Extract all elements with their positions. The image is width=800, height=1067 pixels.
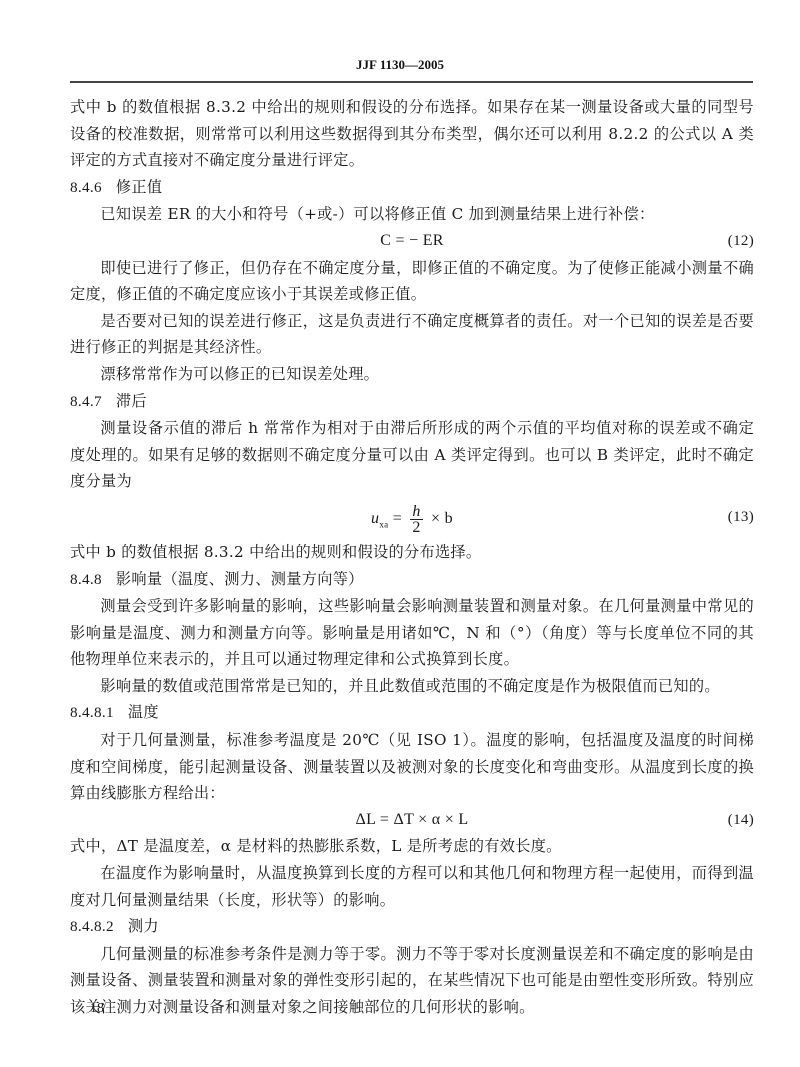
fraction-numerator: h [410,504,422,520]
paragraph: 漂移常常作为可以修正的已知误差处理。 [70,361,754,388]
section-heading-8-4-8: 8.4.8影响量（温度、测力、测量方向等） [70,566,754,594]
section-number: 8.4.7 [70,389,102,416]
section-heading-8-4-8-1: 8.4.8.1温度 [70,699,754,727]
section-title: 滞后 [116,392,147,410]
equation-number: (13) [728,504,754,531]
page-number: 18 [90,1001,104,1017]
section-number: 8.4.8 [70,567,102,594]
fraction: h 2 [410,504,422,535]
equation-rhs: × b [431,510,453,527]
fraction-denominator: 2 [410,520,422,535]
equation-12: C = − ER (12) [70,228,754,255]
section-title: 测力 [128,917,159,935]
section-heading-8-4-7: 8.4.7滞后 [70,388,754,416]
paragraph: 是否要对已知的误差进行修正，这是负责进行不确定度概算者的责任。对一个已知的误差是… [70,308,754,361]
section-number: 8.4.8.2 [70,914,114,941]
section-title: 影响量（温度、测力、测量方向等） [116,570,364,588]
section-title: 温度 [128,703,159,721]
paragraph: 式中 b 的数值根据 8.3.2 中给出的规则和假设的分布选择。 [70,539,754,566]
section-title: 修正值 [116,178,162,196]
equation-formula: C = − ER [70,228,754,255]
paragraph: 即使已进行了修正，但仍存在不确定度分量，即修正值的不确定度。为了使修正能减小测量… [70,255,754,308]
equation-13: uxa = h 2 × b (13) [70,495,754,539]
equation-formula: uxa = h 2 × b [70,504,754,538]
paragraph: 影响量的数值或范围常常是已知的，并且此数值或范围的不确定度是作为极限值而已知的。 [70,673,754,700]
equation-lhs-subscript: xa [379,519,388,529]
section-number: 8.4.6 [70,175,102,202]
paragraph: 对于几何量测量，标准参考温度是 20℃（见 ISO 1）。温度的影响，包括温度及… [70,727,754,807]
paragraph: 在温度作为影响量时，从温度换算到长度的方程可以和其他几何和物理方程一起使用，而得… [70,860,754,913]
equation-number: (14) [728,807,754,834]
section-heading-8-4-6: 8.4.6修正值 [70,174,754,202]
section-number: 8.4.8.1 [70,700,114,727]
equation-number: (12) [728,228,754,255]
paragraph: 几何量测量的标准参考条件是测力等于零。测力不等于零对长度测量误差和不确定度的影响… [70,941,754,1021]
paragraph: 测量会受到许多影响量的影响，这些影响量会影响测量装置和测量对象。在几何量测量中常… [70,593,754,673]
paragraph: 测量设备示值的滞后 h 常常作为相对于由滞后所形成的两个示值的平均值对称的误差或… [70,415,754,495]
equation-formula: ΔL = ΔT × α × L [70,807,754,834]
paragraph: 已知误差 ER 的大小和符号（+或-）可以将修正值 C 加到测量结果上进行补偿： [70,201,754,228]
equation-14: ΔL = ΔT × α × L (14) [70,807,754,834]
header-rule [70,81,753,83]
paragraph: 式中，ΔT 是温度差，α 是材料的热膨胀系数，L 是所考虑的有效长度。 [70,833,754,860]
document-standard-id: JJF 1130—2005 [0,57,800,73]
section-heading-8-4-8-2: 8.4.8.2测力 [70,913,754,941]
paragraph: 式中 b 的数值根据 8.3.2 中给出的规则和假设的分布选择。如果存在某一测量… [70,94,754,174]
page-body: 式中 b 的数值根据 8.3.2 中给出的规则和假设的分布选择。如果存在某一测量… [70,94,754,1021]
